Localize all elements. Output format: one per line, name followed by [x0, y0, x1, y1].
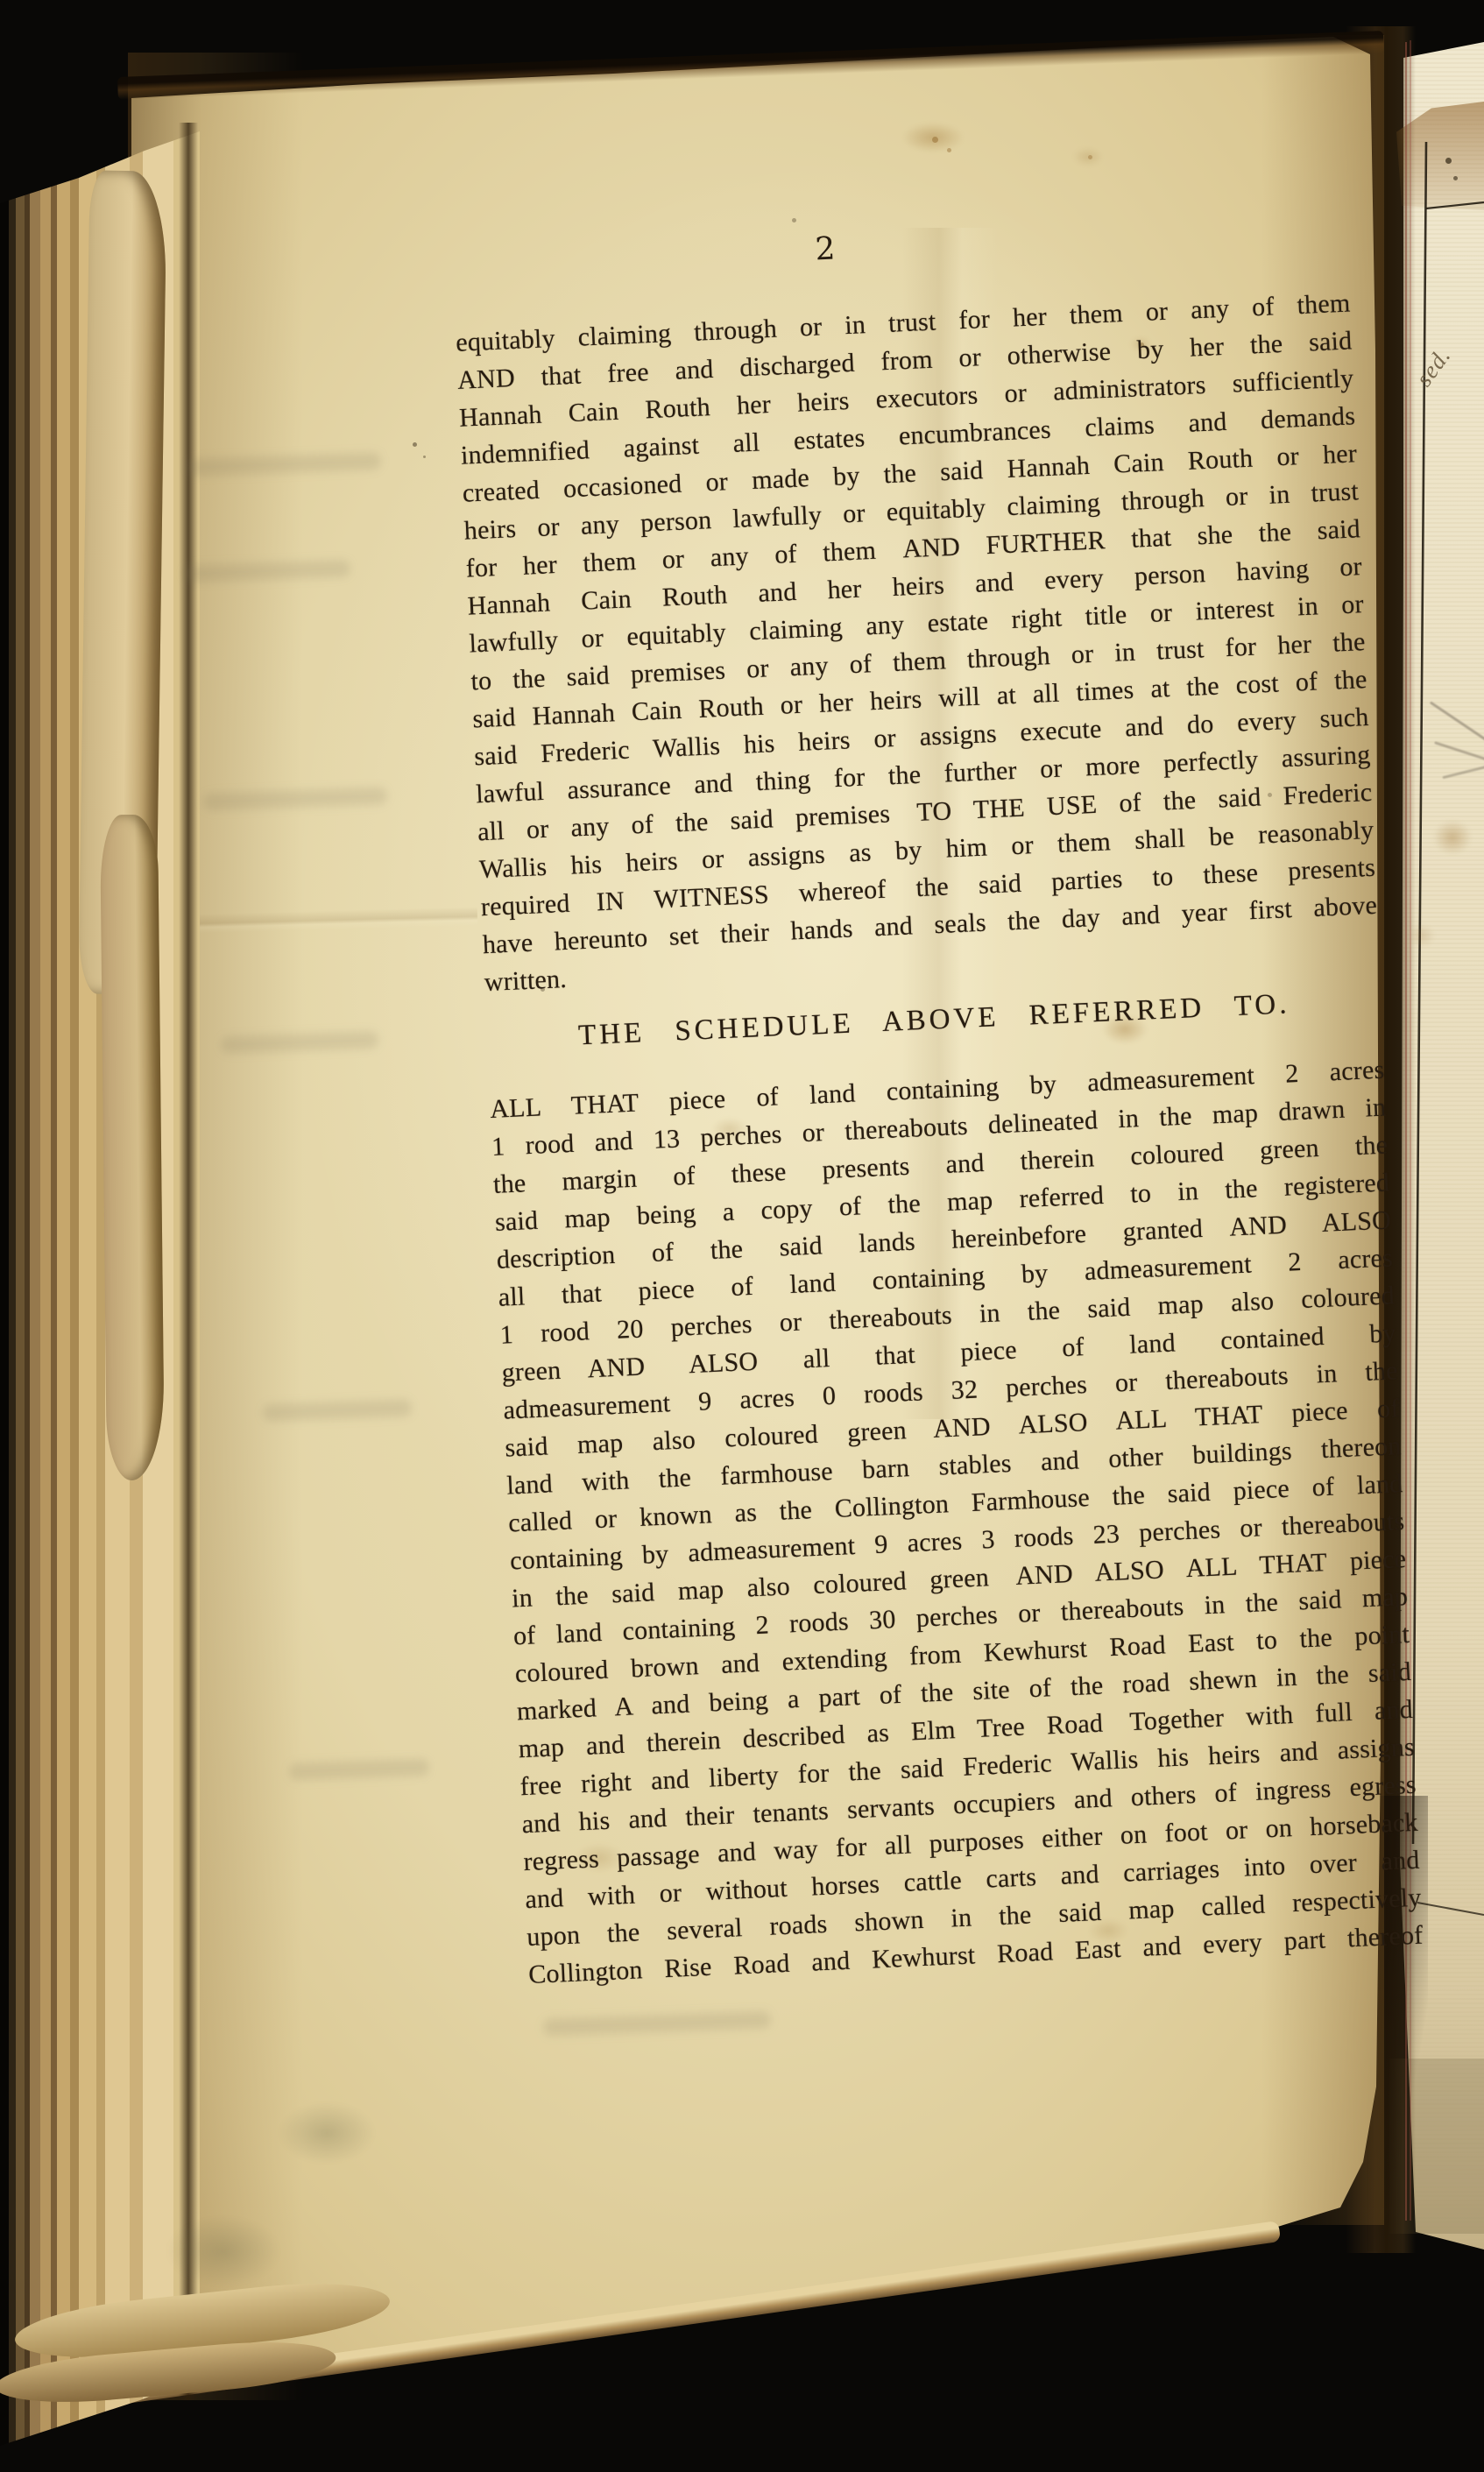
schedule-paragraph: ALL THAT piece of land containing by adm… — [489, 1051, 1424, 1994]
paper-stain — [166, 2216, 280, 2286]
paper-stain — [1073, 147, 1103, 166]
printed-text-block: 2 equitably claiming through or in trust… — [451, 199, 1424, 1994]
paper-stain — [279, 2102, 375, 2164]
paper-stain — [902, 123, 964, 152]
torn-leaf-edge — [100, 815, 165, 1481]
paper-stain — [1433, 820, 1472, 855]
ink-specks — [0, 0, 3, 3]
paper-stain — [1409, 924, 1435, 947]
deed-paragraph: equitably claiming through or in trust f… — [455, 284, 1379, 1001]
